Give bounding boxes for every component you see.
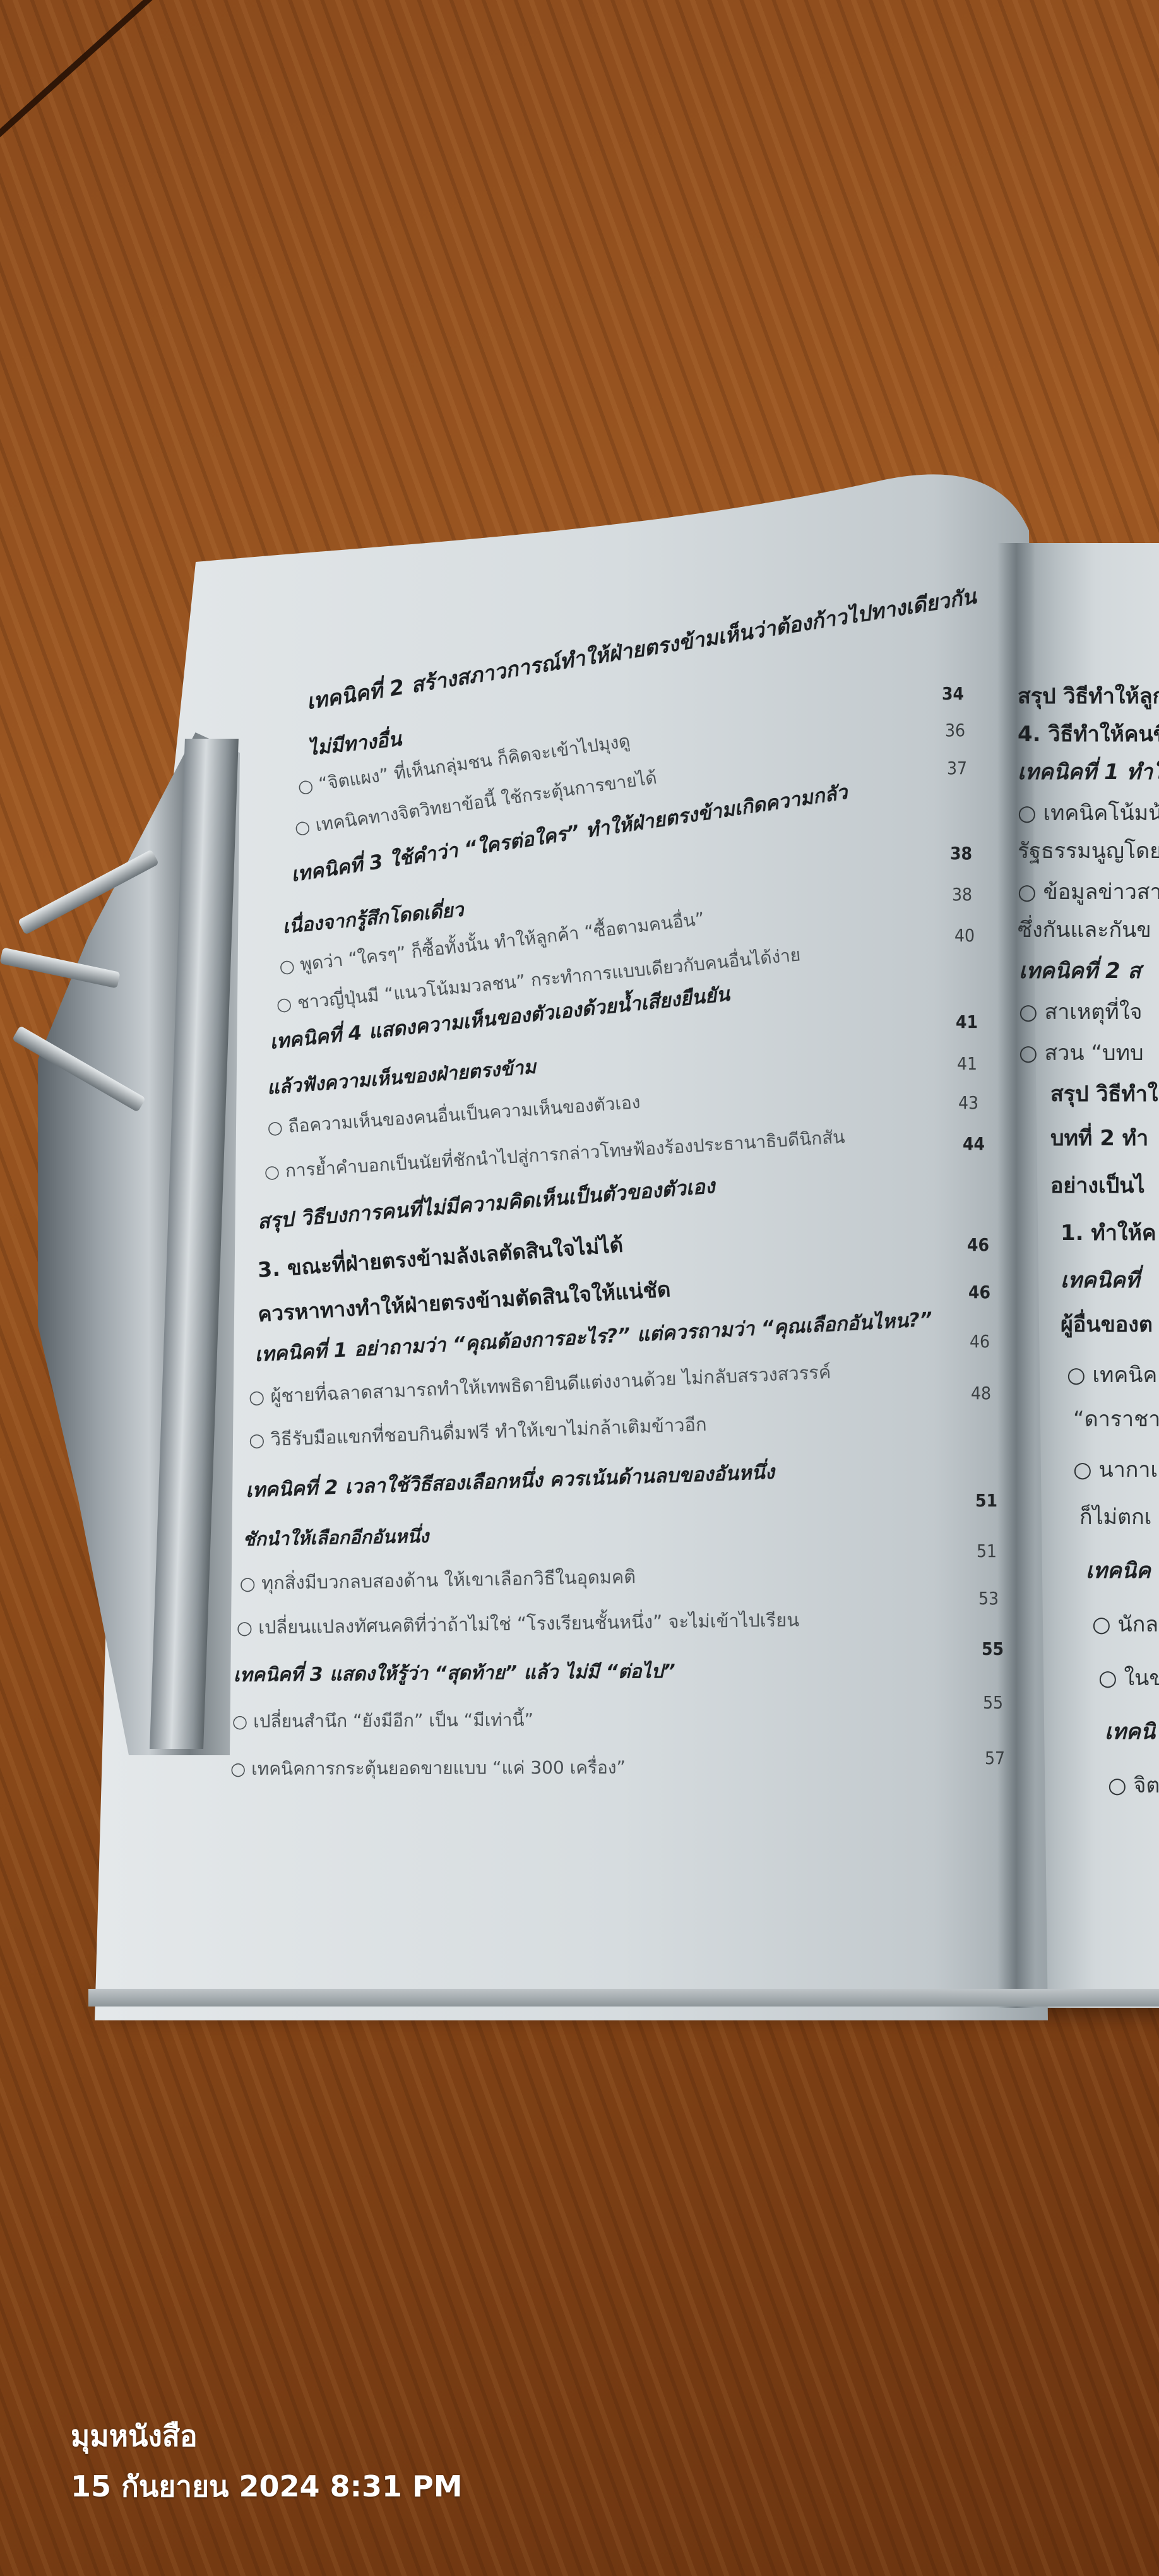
rp-line: ○ สวน “บทบ [1019,1035,1159,1070]
toc-heading: เทคนิคที่ 2 เวลาใช้วิธีสองเลือกหนึ่ง ควร… [245,1456,775,1506]
watermark-app-name: มุมหนังสือ [71,2413,198,2459]
toc-item: เปลี่ยนแปลงทัศนคติที่ว่าถ้าไม่ใช่ “โรงเร… [236,1606,799,1642]
toc-page-number: 41 [957,1053,977,1074]
rp-line: 1. ทำให้ค [1061,1215,1159,1249]
rp-line: 4. วิธีทำให้คนขี้ [1018,717,1159,751]
toc-heading: แล้วฟังความเห็นของฝ่ายตรงข้าม [266,1052,537,1103]
toc-item: เทคนิคการกระตุ้นยอดขายแบบ “แค่ 300 เครื่… [230,1754,626,1783]
rp-line: เทคนิคที่ 2 ส [1019,953,1159,987]
toc-heading: เทคนิคที่ 2 สร้างสภาวการณ์ทำให้ฝ่ายตรงข้… [304,580,978,719]
rp-line: ○ เทคนิคโน้มน้ [1018,796,1159,830]
rp-line: รัฐธรรมนูญโดย [1018,833,1159,868]
rp-line: ○ เทคนิค [1067,1357,1159,1392]
rp-line: อย่างเป็นไ [1050,1168,1159,1202]
rp-line: ○ จิต [1108,1768,1159,1802]
toc-page-number: 57 [985,1748,1005,1768]
toc-page-number: 48 [971,1383,991,1404]
rp-line: ○ สาเหตุที่ใจ [1019,994,1159,1029]
toc-page-number: 46 [967,1234,989,1255]
toc-heading: ชักนำให้เลือกอีกอันหนึ่ง [242,1522,429,1554]
rp-line: เทคนิ [1105,1714,1159,1748]
toc-page-number: 36 [945,720,965,741]
rp-line: บทที่ 2 ทำ [1050,1121,1159,1155]
toc-page-number: 46 [968,1282,990,1303]
rp-line: ○ นากาเ [1073,1452,1159,1486]
rp-line: ผู้อื่นของต [1061,1307,1159,1341]
toc-page-number: 46 [970,1331,990,1352]
toc-heading: เทคนิคที่ 3 แสดงให้รู้ว่า “สุดท้าย” แล้ว… [234,1657,675,1690]
toc-page-number: 34 [942,683,964,704]
toc-page-number: 55 [982,1638,1004,1659]
rp-line: เทคนิค [1086,1553,1159,1587]
toc-page-number: 40 [954,925,975,946]
toc-page-number: 51 [977,1541,997,1561]
rp-line: ○ ข้อมูลข่าวสา [1018,874,1159,909]
rp-line: สรุป วิธีทำให้ลูก [1018,679,1159,713]
toc-page-number: 43 [958,1092,978,1113]
rp-line: ○ ในข [1098,1661,1159,1695]
toc-page-number: 44 [963,1133,985,1154]
toc-item: เปลี่ยนสำนึก “ยังมีอีก” เป็น “มีเท่านี้” [232,1707,533,1736]
toc-page-number: 53 [978,1588,999,1609]
toc-heading: ไม่มีทางอื่น [306,723,403,764]
watermark-timestamp: 15 กันยายน 2024 8:31 PM [71,2464,462,2510]
rp-line: ซึ่งกันและกันข [1018,912,1159,946]
toc-item: วิธีรับมือแขกที่ชอบกินดื่มฟรี ทำให้เขาไม… [248,1410,707,1455]
rp-line: เทคนิคที่ 1 ทำใ [1018,754,1159,789]
toc-page-number: 41 [956,1011,978,1032]
rp-line: เทคนิคที่ [1061,1263,1159,1297]
rp-line: สรุป วิธีทำใ [1050,1076,1159,1111]
rp-line: “ดาราชาย [1073,1402,1159,1436]
toc-item: ทุกสิ่งมีบวกลบสองด้าน ให้เขาเลือกวิธีในอ… [239,1562,636,1598]
metal-book-clip [0,732,240,1755]
rp-line: ○ นักล [1092,1607,1159,1641]
toc-page-number: 55 [983,1692,1003,1713]
toc-page-number: 38 [952,884,972,905]
rp-line: ก็ไม่ตกเ [1079,1500,1159,1534]
toc-page-number: 38 [950,843,972,864]
toc-page-number: 51 [975,1490,997,1511]
toc-page-number: 37 [947,758,967,778]
